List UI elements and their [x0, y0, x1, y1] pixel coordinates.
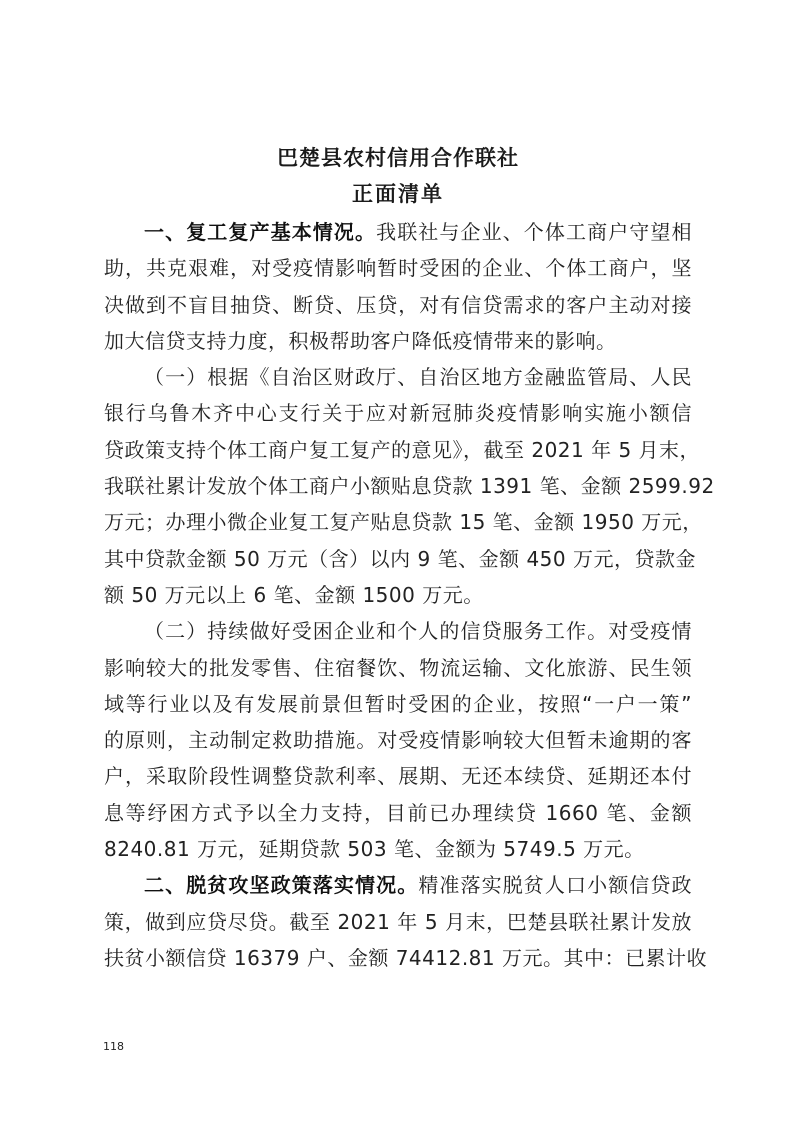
paragraph-line: （一）根据《自治区财政厅、自治区地方金融监管局、人民: [104, 359, 692, 395]
section-heading: 二、脱贫攻坚政策落实情况。: [144, 873, 418, 897]
paragraph-line: 我联社累计发放个体工商户小额贴息贷款 1391 笔、金额 2599.92: [104, 468, 692, 504]
document-title: 巴楚县农村信用合作联社: [104, 140, 692, 176]
paragraph-line: 贷政策支持个体工商户复工复产的意见》，截至 2021 年 5 月末，: [104, 432, 692, 468]
paragraph-line: 万元；办理小微企业复工复产贴息贷款 15 笔、金额 1950 万元，: [104, 504, 692, 540]
paragraph-line: 决做到不盲目抽贷、断贷、压贷，对有信贷需求的客户主动对接: [104, 287, 692, 323]
paragraph-line: 策，做到应贷尽贷。截至 2021 年 5 月末，巴楚县联社累计发放: [104, 904, 692, 940]
line-text: 精准落实脱贫人口小额信贷政: [418, 873, 692, 897]
paragraph-line: 的原则，主动制定救助措施。对受疫情影响较大但暂未逾期的客: [104, 722, 692, 758]
page-number: 118: [103, 1040, 124, 1053]
paragraph-line: 其中贷款金额 50 万元（含）以内 9 笔、金额 450 万元，贷款金: [104, 541, 692, 577]
section-2-paragraph: 二、脱贫攻坚政策落实情况。精准落实脱贫人口小额信贷政 策，做到应贷尽贷。截至 2…: [104, 867, 692, 976]
document-page: 巴楚县农村信用合作联社 正面清单 一、复工复产基本情况。我联社与企业、个体工商户…: [104, 140, 692, 976]
paragraph-line: 二、脱贫攻坚政策落实情况。精准落实脱贫人口小额信贷政: [104, 867, 692, 903]
paragraph-line: 助，共克艰难，对受疫情影响暂时受困的企业、个体工商户，坚: [104, 250, 692, 286]
paragraph-line: 8240.81 万元，延期贷款 503 笔、金额为 5749.5 万元。: [104, 831, 692, 867]
section-1-paragraph: 一、复工复产基本情况。我联社与企业、个体工商户守望相 助，共克艰难，对受疫情影响…: [104, 214, 692, 359]
paragraph-line: 一、复工复产基本情况。我联社与企业、个体工商户守望相: [104, 214, 692, 250]
document-subtitle: 正面清单: [104, 176, 692, 214]
paragraph-line: 域等行业以及有发展前景但暂时受困的企业，按照“一户一策”: [104, 686, 692, 722]
section-heading: 一、复工复产基本情况。: [144, 220, 376, 244]
paragraph-line: 银行乌鲁木齐中心支行关于应对新冠肺炎疫情影响实施小额信: [104, 395, 692, 431]
paragraph-line: 息等纾困方式予以全力支持，目前已办理续贷 1660 笔、金额: [104, 795, 692, 831]
paragraph-line: 影响较大的批发零售、住宿餐饮、物流运输、文化旅游、民生领: [104, 650, 692, 686]
paragraph-line: 户，采取阶段性调整贷款利率、展期、无还本续贷、延期还本付: [104, 758, 692, 794]
paragraph-line: 扶贫小额信贷 16379 户、金额 74412.81 万元。其中：已累计收: [104, 940, 692, 976]
subsection-2-paragraph: （二）持续做好受困企业和个人的信贷服务工作。对受疫情 影响较大的批发零售、住宿餐…: [104, 613, 692, 867]
line-text: 我联社与企业、个体工商户守望相: [376, 220, 692, 244]
paragraph-line: （二）持续做好受困企业和个人的信贷服务工作。对受疫情: [104, 613, 692, 649]
subsection-1-paragraph: （一）根据《自治区财政厅、自治区地方金融监管局、人民 银行乌鲁木齐中心支行关于应…: [104, 359, 692, 613]
paragraph-line: 额 50 万元以上 6 笔、金额 1500 万元。: [104, 577, 692, 613]
paragraph-line: 加大信贷支持力度，积极帮助客户降低疫情带来的影响。: [104, 323, 692, 359]
